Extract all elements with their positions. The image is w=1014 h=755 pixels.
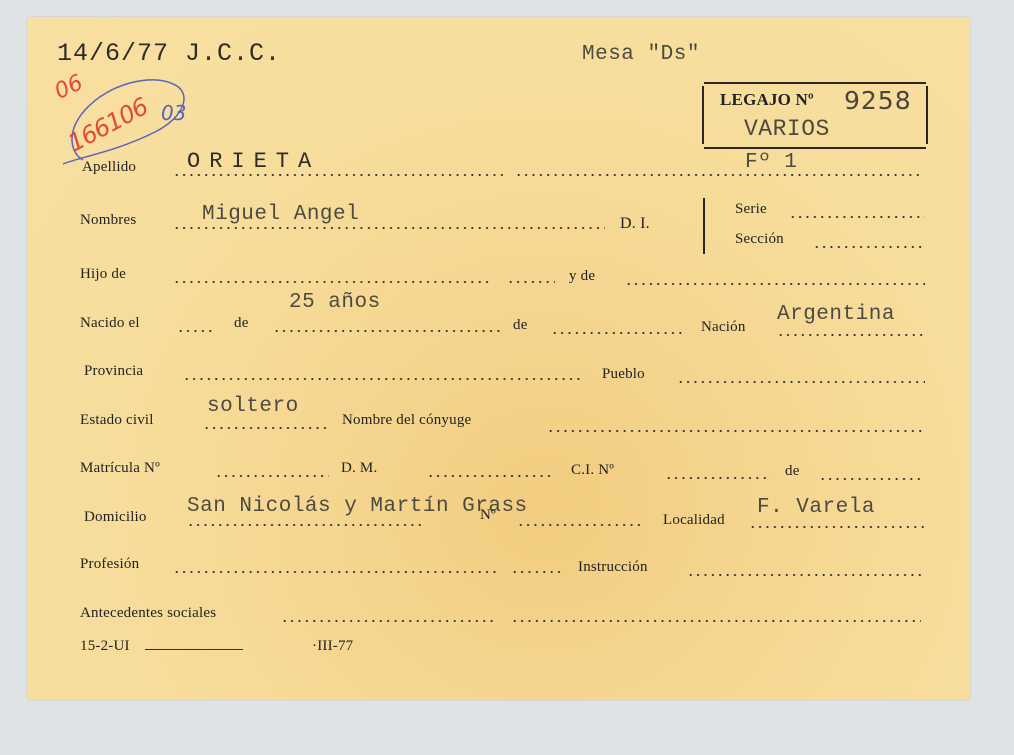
seccion-label: Sección: [735, 231, 784, 248]
pueblo-label: Pueblo: [602, 366, 645, 383]
nombres-value: Miguel Angel: [202, 203, 359, 226]
apellido-label: Apellido: [82, 159, 136, 176]
blue-annotation: 03: [161, 101, 186, 125]
estado-civil-value: soltero: [207, 395, 299, 418]
mesa-label: Mesa "Ds": [582, 43, 700, 66]
footer-rule: [145, 649, 243, 650]
serie-label: Serie: [735, 201, 767, 218]
nacido-label: Nacido el: [80, 315, 140, 332]
print-date: ·III-77: [312, 638, 353, 655]
legajo-category: VARIOS: [744, 116, 830, 142]
age-value: 25 años: [289, 291, 381, 314]
matricula-de-label: de: [785, 463, 800, 480]
conyuge-label: Nombre del cónyuge: [342, 412, 471, 429]
y-de-label: y de: [569, 268, 595, 285]
record-card: 14/6/77 J.C.C. Mesa "Ds" 06 166106 03 LE…: [27, 17, 970, 700]
legajo-number: 9258: [844, 86, 912, 115]
hijo-de-label: Hijo de: [80, 266, 126, 283]
nacion-label: Nación: [701, 319, 746, 336]
di-label: D. I.: [620, 215, 650, 233]
apellido-value: ORIETA: [187, 149, 320, 174]
domicilio-numero-label: Nº: [480, 507, 496, 524]
ci-label: C.I. Nº: [571, 462, 614, 479]
date-initials: 14/6/77 J.C.C.: [57, 39, 281, 68]
localidad-label: Localidad: [663, 512, 725, 529]
nacido-de-label-1: de: [234, 315, 249, 332]
domicilio-value: San Nicolás y Martín Grass: [187, 495, 528, 518]
matricula-label: Matrícula Nº: [80, 460, 160, 477]
antecedentes-label: Antecedentes sociales: [80, 605, 216, 622]
instruccion-label: Instrucción: [578, 559, 648, 576]
nacido-de-label-2: de: [513, 317, 528, 334]
domicilio-label: Domicilio: [84, 509, 147, 526]
di-divider: [703, 198, 705, 254]
legajo-box: LEGAJO Nº 9258 VARIOS: [704, 82, 926, 149]
estado-civil-label: Estado civil: [80, 412, 154, 429]
dm-label: D. M.: [341, 460, 377, 477]
folio: Fº 1: [745, 151, 797, 174]
legajo-label: LEGAJO Nº: [720, 90, 814, 110]
form-code: 15-2-UI: [80, 638, 130, 655]
provincia-label: Provincia: [84, 363, 143, 380]
profesion-label: Profesión: [80, 556, 139, 573]
localidad-value: F. Varela: [757, 496, 875, 519]
nacion-value: Argentina: [777, 303, 895, 326]
nombres-label: Nombres: [80, 212, 136, 229]
